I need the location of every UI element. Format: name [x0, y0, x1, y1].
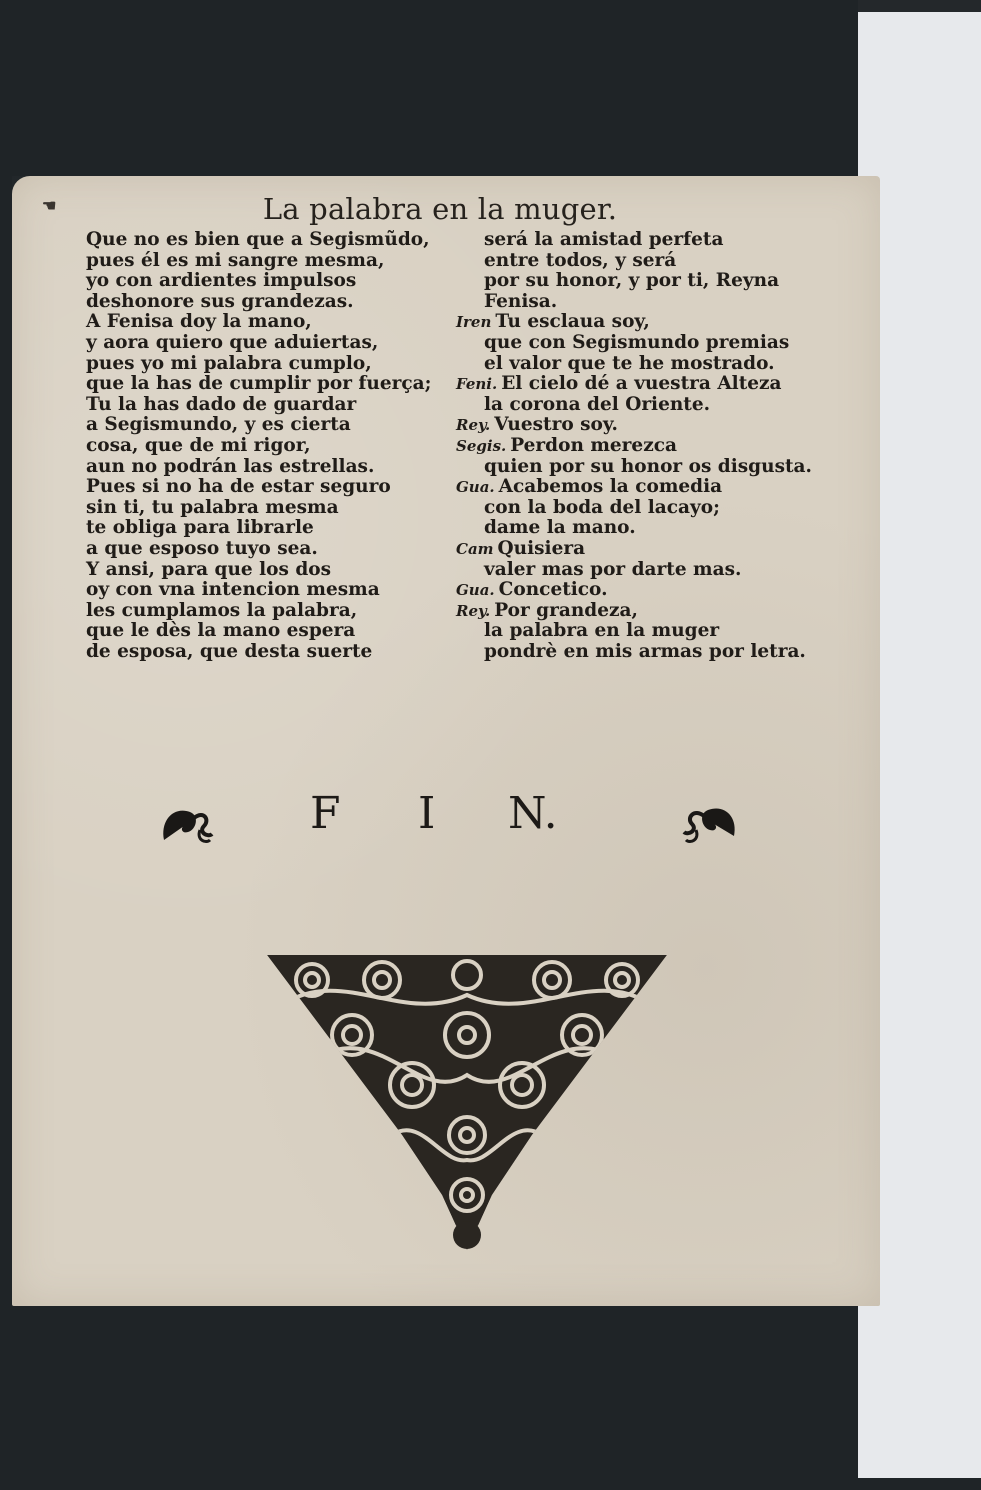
speaker-label: Gua. — [456, 478, 495, 496]
verse-line: con la boda del lacayo; — [456, 498, 812, 519]
verse-line: yo con ardientes impulsos — [86, 271, 431, 292]
verse-line: valer mas por darte mas. — [456, 560, 812, 581]
verse-line: IrenTu esclaua soy, — [456, 312, 812, 333]
verse-line: Tu la has dado de guardar — [86, 395, 431, 416]
speaker-label: Segis. — [456, 437, 506, 455]
verse-line: que con Segismundo premias — [456, 333, 812, 354]
verse-line: la corona del Oriente. — [456, 395, 812, 416]
running-head: La palabra en la muger. — [0, 192, 880, 226]
verse-line: Y ansi, para que los dos — [86, 560, 431, 581]
verse-text: Por grandeza, — [494, 600, 638, 621]
verse-text: Concetico. — [499, 579, 608, 600]
triangular-tailpiece-icon — [262, 935, 672, 1255]
verse-line: cosa, que de mi rigor, — [86, 436, 431, 457]
verse-text: Fenisa. — [484, 291, 557, 312]
verse-text: la corona del Oriente. — [484, 394, 710, 415]
verse-line: que la has de cumplir por fuerça; — [86, 374, 431, 395]
verse-text: será la amistad perfeta — [484, 229, 723, 250]
fleuron-left-icon — [160, 800, 220, 856]
verse-text: entre todos, y será — [484, 250, 676, 271]
speaker-label: Rey. — [456, 602, 490, 620]
verse-line: dame la mano. — [456, 518, 812, 539]
left-column: Que no es bien que a Segismũdo,pues él e… — [86, 230, 431, 662]
verse-line: Fenisa. — [456, 292, 812, 313]
verse-line: a que esposo tuyo sea. — [86, 539, 431, 560]
verse-text: por su honor, y por ti, Reyna — [484, 270, 779, 291]
verse-line: será la amistad perfeta — [456, 230, 812, 251]
verse-line: que le dès la mano espera — [86, 621, 431, 642]
verse-line: por su honor, y por ti, Reyna — [456, 271, 812, 292]
verse-line: Que no es bien que a Segismũdo, — [86, 230, 431, 251]
verse-line: pues él es mi sangre mesma, — [86, 251, 431, 272]
verse-line: te obliga para librarle — [86, 518, 431, 539]
woodcut-ornament — [262, 935, 672, 1255]
verse-text: Quisiera — [498, 538, 586, 559]
verse-line: pondrè en mis armas por letra. — [456, 642, 812, 663]
speaker-label: Iren — [456, 313, 491, 331]
right-column: será la amistad perfetaentre todos, y se… — [456, 230, 812, 662]
verse-text: dame la mano. — [484, 517, 636, 538]
verse-text: valer mas por darte mas. — [484, 559, 741, 580]
verse-text: Acabemos la comedia — [499, 476, 722, 497]
verse-line: deshonore sus grandezas. — [86, 292, 431, 313]
verse-line: a Segismundo, y es cierta — [86, 415, 431, 436]
verse-text: la palabra en la muger — [484, 620, 719, 641]
verse-line: oy con vna intencion mesma — [86, 580, 431, 601]
fin-letter-f: F — [310, 788, 341, 839]
verse-line: el valor que te he mostrado. — [456, 354, 812, 375]
backing-strip-top — [858, 0, 981, 12]
verse-line: Gua.Acabemos la comedia — [456, 477, 812, 498]
verse-line: aun no podrán las estrellas. — [86, 457, 431, 478]
verse-line: Rey.Por grandeza, — [456, 601, 812, 622]
speaker-label: Rey. — [456, 416, 490, 434]
fin-letter-n: N. — [508, 788, 558, 839]
speaker-label: Cam — [456, 540, 494, 558]
verse-text: Tu esclaua soy, — [495, 311, 649, 332]
verse-line: de esposa, que desta suerte — [86, 642, 431, 663]
verse-line: Gua.Concetico. — [456, 580, 812, 601]
verse-text: Vuestro soy. — [494, 414, 618, 435]
speaker-label: Gua. — [456, 581, 495, 599]
verse-line: CamQuisiera — [456, 539, 812, 560]
verse-text: quien por su honor os disgusta. — [484, 456, 812, 477]
fin-letter-i: I — [418, 788, 435, 839]
verse-text: el valor que te he mostrado. — [484, 353, 775, 374]
verse-line: y aora quiero que aduiertas, — [86, 333, 431, 354]
verse-text: pondrè en mis armas por letra. — [484, 641, 806, 662]
verse-line: Rey.Vuestro soy. — [456, 415, 812, 436]
verse-line: A Fenisa doy la mano, — [86, 312, 431, 333]
fleuron-right-icon — [678, 800, 738, 856]
verse-text: Perdon merezca — [510, 435, 677, 456]
colophon-fin: F I N. — [160, 788, 780, 848]
verse-line: les cumplamos la palabra, — [86, 601, 431, 622]
verse-line: pues yo mi palabra cumplo, — [86, 354, 431, 375]
verse-text: que con Segismundo premias — [484, 332, 789, 353]
verse-line: Pues si no ha de estar seguro — [86, 477, 431, 498]
verse-line: entre todos, y será — [456, 251, 812, 272]
speaker-label: Feni. — [456, 375, 497, 393]
verse-line: sin ti, tu palabra mesma — [86, 498, 431, 519]
verse-line: Segis.Perdon merezca — [456, 436, 812, 457]
verse-text: con la boda del lacayo; — [484, 497, 720, 518]
verse-line: Feni.El cielo dé a vuestra Alteza — [456, 374, 812, 395]
verse-line: quien por su honor os disgusta. — [456, 457, 812, 478]
verse-text: El cielo dé a vuestra Alteza — [501, 373, 781, 394]
verse-line: la palabra en la muger — [456, 621, 812, 642]
